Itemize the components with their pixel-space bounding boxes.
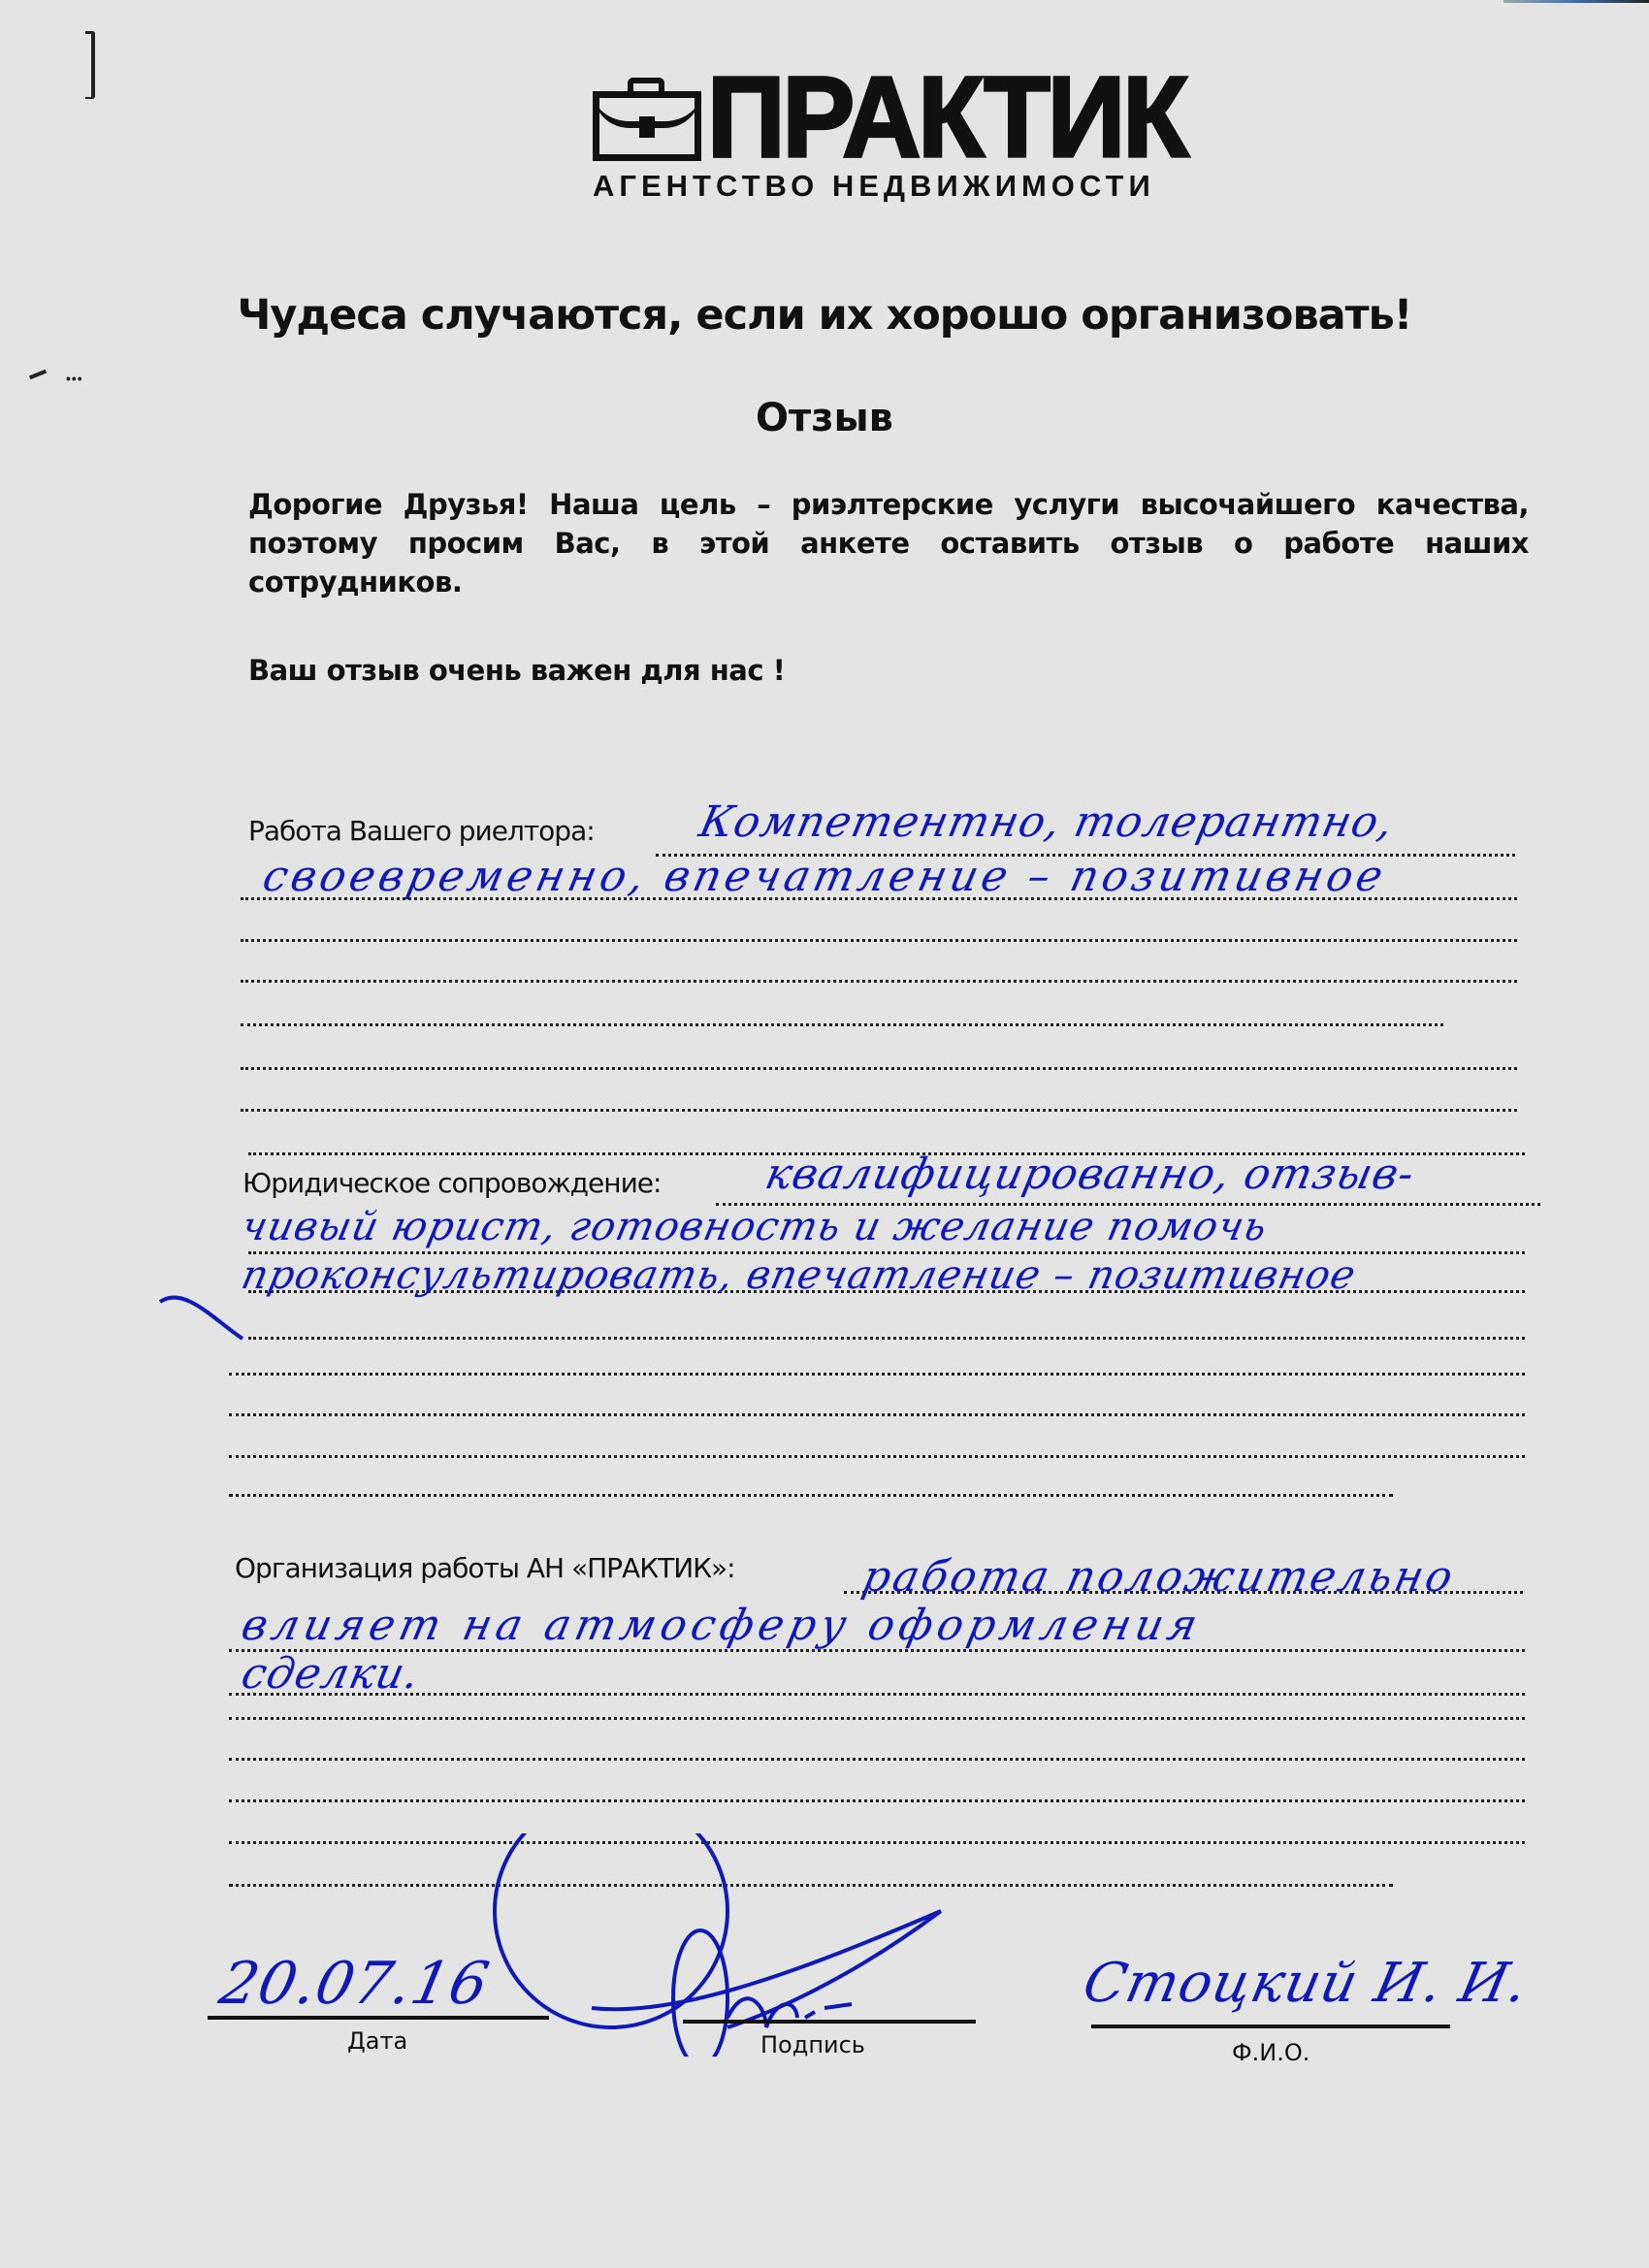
scan-artifact-edge (1503, 0, 1649, 3)
handwritten-answer-line: чивый юрист, готовность и желание помочь (238, 1203, 1272, 1249)
brand-name: ПРАКТИК (707, 74, 1186, 161)
name-line (1091, 2025, 1450, 2028)
dotted-line (241, 980, 1517, 983)
page-title: Отзыв (0, 396, 1649, 440)
dotted-line (229, 1799, 1525, 1802)
dotted-line (229, 1717, 1525, 1720)
signature-line (683, 2020, 976, 2024)
dotted-line (241, 1109, 1517, 1112)
field-label-realtor: Работа Вашего риелтора: (248, 815, 595, 847)
dotted-line (229, 1455, 1525, 1458)
scan-artifact-bracket (85, 31, 95, 99)
intro-text: Дорогие Друзья! Наша цель – риэлтерские … (248, 485, 1529, 601)
dotted-line (229, 1413, 1525, 1416)
name-value: Стоцкий И. И. (1078, 1952, 1534, 2015)
handwriting-stroke (155, 1280, 272, 1358)
dotted-line (229, 1494, 1393, 1497)
dotted-line (229, 1693, 1525, 1696)
scan-artifact-dots: ••• (66, 371, 83, 386)
intro-emphasis: Ваш отзыв очень важен для нас ! (248, 654, 785, 687)
handwritten-answer-line: сделки. (238, 1649, 425, 1699)
date-caption: Дата (347, 2027, 407, 2055)
dotted-line (229, 1373, 1525, 1376)
dotted-line (241, 1067, 1517, 1070)
briefcase-icon (593, 78, 701, 161)
company-logo: ПРАКТИК АГЕНТСТВО НЕДВИЖИМОСТИ (593, 78, 1194, 209)
field-label-legal: Юридическое сопровождение: (242, 1167, 661, 1199)
handwritten-answer-line: работа положительно (858, 1552, 1460, 1602)
signature-caption: Подпись (760, 2031, 865, 2058)
handwritten-answer-line: проконсультировать, впечатление – позити… (238, 1251, 1361, 1298)
dotted-line (229, 1758, 1525, 1761)
dotted-line (241, 939, 1517, 942)
dotted-line (248, 1337, 1525, 1340)
field-label-organization: Организация работы АН «ПРАКТИК»: (235, 1552, 735, 1584)
scan-artifact-mark (29, 370, 47, 379)
handwritten-answer-line: своевременно, впечатление – позитивное (259, 852, 1391, 901)
handwritten-answer-line: влияет на атмосферу оформления (238, 1601, 1207, 1650)
handwritten-answer-line: Компетентно, толерантно, (695, 797, 1399, 847)
handwritten-answer-line: квалифицированно, отзыв- (761, 1150, 1420, 1199)
dotted-line (241, 1023, 1443, 1026)
slogan: Чудеса случаются, если их хорошо организ… (0, 291, 1649, 340)
name-caption: Ф.И.О. (1232, 2039, 1309, 2066)
